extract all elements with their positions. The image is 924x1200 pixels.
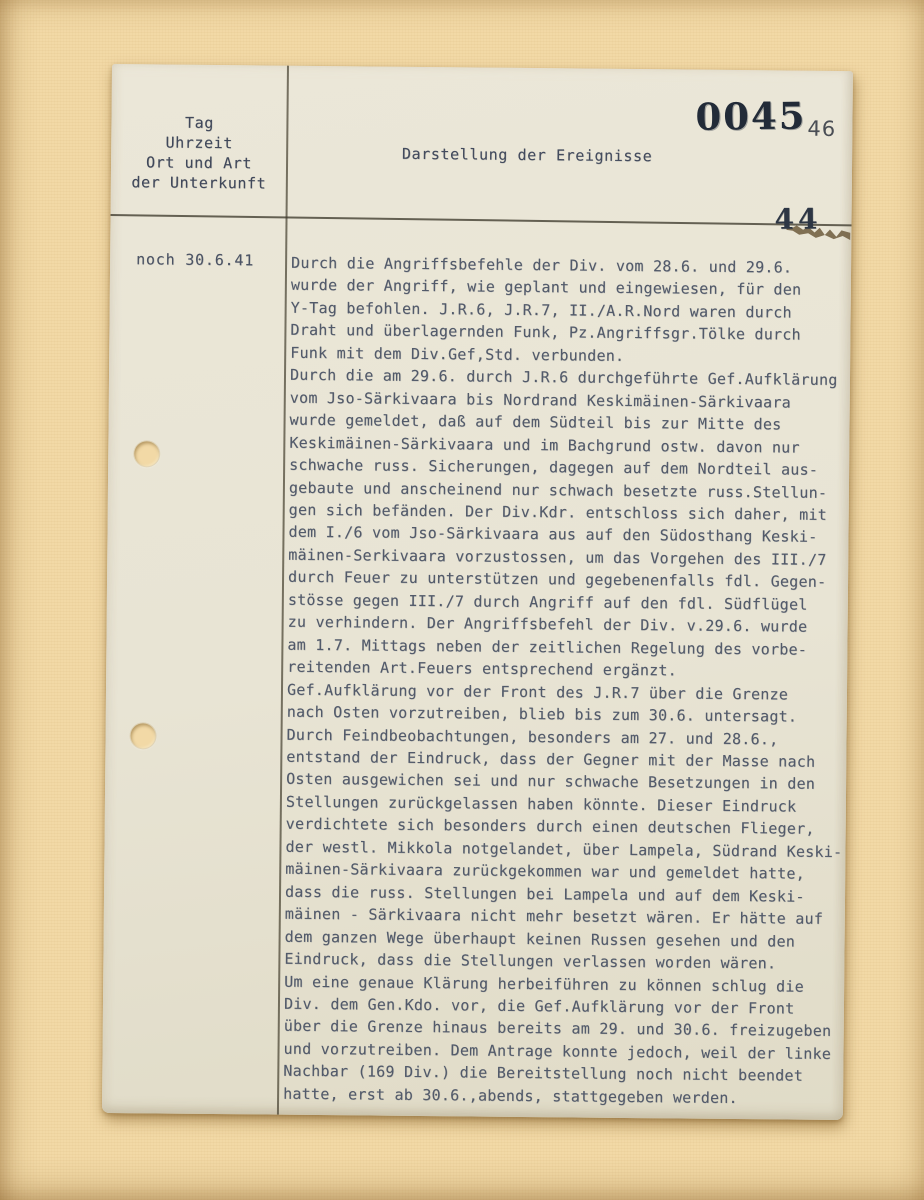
page-number-stamped: 44: [774, 202, 821, 235]
left-column-header-line: Uhrzeit: [111, 132, 287, 154]
body-lines: Durch die Angriffsbefehle der Div. vom 2…: [283, 252, 851, 1111]
punch-hole-top: [134, 441, 159, 466]
left-column-header-line: der Unterkunft: [111, 172, 287, 194]
left-column-header: TagUhrzeitOrt und Artder Unterkunft: [111, 112, 288, 194]
archive-stamp-number: 0045: [695, 94, 806, 139]
page-number-handwritten: 46: [807, 117, 836, 141]
scan-background: TagUhrzeitOrt und Artder Unterkunft Dars…: [0, 0, 924, 1200]
punch-hole-bottom: [130, 723, 155, 748]
events-column-header: Darstellung der Ereignisse: [287, 144, 767, 167]
left-column-header-line: Ort und Art: [111, 152, 287, 174]
document-page: TagUhrzeitOrt und Artder Unterkunft Dars…: [102, 64, 853, 1120]
header-divider-rule: [111, 214, 852, 226]
date-margin-note: noch 30.6.41: [136, 250, 254, 269]
left-column-header-line: Tag: [111, 112, 287, 134]
